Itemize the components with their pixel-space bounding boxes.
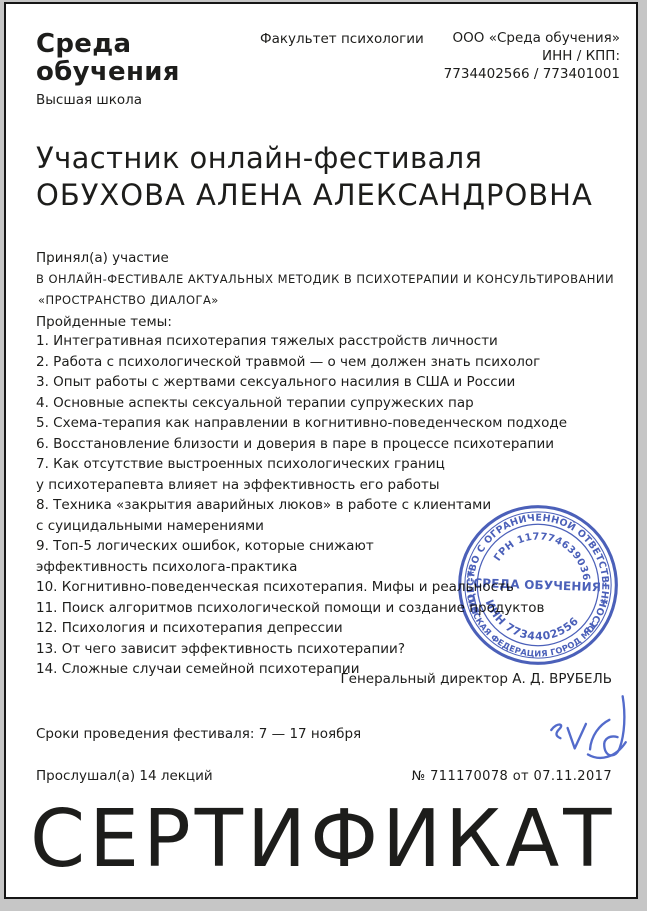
- stamp-texts: ОБЩЕСТВО С ОГРАНИЧЕННОЙ ОТВЕТСТВЕННОСТЬЮ…: [452, 502, 624, 668]
- topic-line: 2. Работа с психологической травмой — о …: [36, 352, 567, 373]
- school-logo: Среда обучения Высшая школа: [36, 30, 180, 108]
- topic-line: 5. Схема-терапия как направлении в когни…: [36, 413, 567, 434]
- lectures-count: Прослушал(а) 14 лекций: [36, 768, 213, 784]
- inn-kpp-value: 7734402566 / 773401001: [444, 65, 620, 83]
- company-name: ООО «Среда обучения»: [444, 29, 620, 47]
- logo-word-1: Среда: [36, 30, 180, 58]
- topics-label: Пройденные темы:: [36, 312, 172, 333]
- topic-line: 1. Интегративная психотерапия тяжелых ра…: [36, 331, 567, 352]
- logo-subtitle: Высшая школа: [36, 92, 180, 108]
- topic-line: 6. Восстановление близости и доверия в п…: [36, 434, 567, 455]
- festival-name-line1: В ОНЛАЙН-ФЕСТИВАЛЕ АКТУАЛЬНЫХ МЕТОДИК В …: [36, 269, 614, 290]
- participation-intro: Принял(а) участие: [36, 248, 169, 269]
- company-block: ООО «Среда обучения» ИНН / КПП: 77344025…: [444, 29, 620, 83]
- participant-label: Участник онлайн-фестиваля: [36, 140, 593, 177]
- festival-dates: Сроки проведения фестиваля: 7 — 17 ноябр…: [36, 726, 361, 742]
- topic-line: 7. Как отсутствие выстроенных психологич…: [36, 454, 567, 475]
- faculty-label: Факультет психологии: [260, 31, 424, 47]
- topic-line: 3. Опыт работы с жертвами сексуального н…: [36, 372, 567, 393]
- director-label: Генеральный директор А. Д. ВРУБЕЛЬ: [340, 671, 612, 687]
- topic-line: 4. Основные аспекты сексуальной терапии …: [36, 393, 567, 414]
- certificate-big-title: СЕРТИФИКАТ: [30, 798, 616, 881]
- festival-name-line2: «ПРОСТРАНСТВО ДИАЛОГА»: [38, 290, 219, 311]
- topic-line-continuation: у психотерапевта влияет на эффективность…: [36, 475, 567, 496]
- inn-kpp-label: ИНН / КПП:: [444, 47, 620, 65]
- certificate-title-block: Участник онлайн-фестиваля ОБУХОВА АЛЕНА …: [36, 140, 593, 214]
- logo-word-2: обучения: [36, 58, 180, 86]
- signature-strokes: [551, 696, 625, 758]
- certificate-number: № 711170078 от 07.11.2017: [412, 769, 612, 784]
- participant-name: ОБУХОВА АЛЕНА АЛЕКСАНДРОВНА: [36, 177, 593, 214]
- director-signature: [538, 690, 640, 770]
- certificate-page: Среда обучения Высшая школа Факультет пс…: [4, 2, 638, 899]
- company-stamp: ОБЩЕСТВО С ОГРАНИЧЕННОЙ ОТВЕТСТВЕННОСТЬЮ…: [452, 502, 624, 668]
